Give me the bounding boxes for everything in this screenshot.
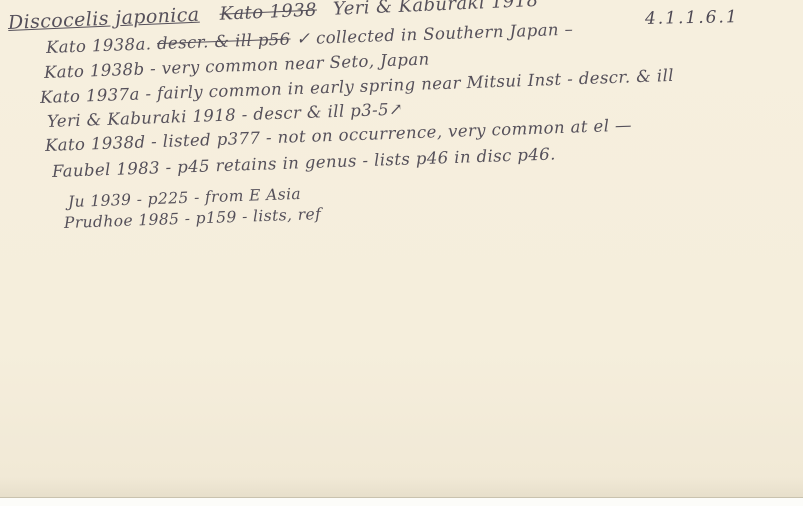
entry-1-pre: Kato 1938a. xyxy=(46,34,158,57)
entry-1-struck-text: descr. & ill p56 xyxy=(157,29,291,53)
card-bottom-edge xyxy=(0,498,803,506)
species-name: Discocelis japonica xyxy=(8,4,200,34)
entry-1-post: ✓ collected in Southern Japan – xyxy=(290,20,573,49)
index-card: Discocelis japonica Kato 1938 Yeri & Kab… xyxy=(0,0,803,498)
struck-out-author: Kato 1938 xyxy=(219,0,317,25)
catalog-code: 4.1.1.6.1 xyxy=(645,7,739,29)
valid-author: Yeri & Kaburaki 1918 xyxy=(333,0,539,20)
